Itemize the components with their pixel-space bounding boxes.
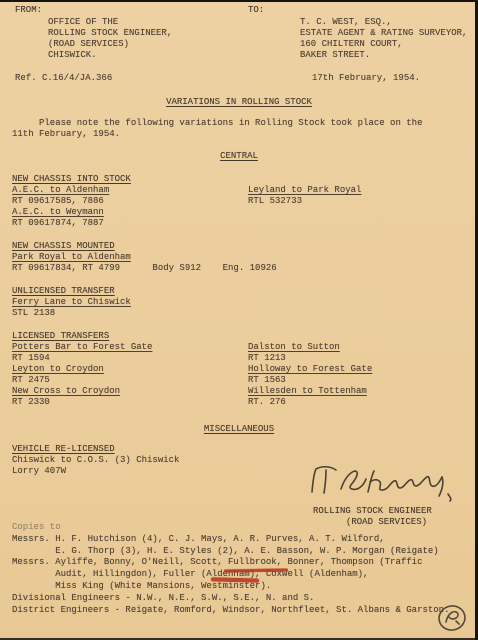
section-heading: NEW CHASSIS MOUNTED: [12, 241, 115, 251]
fleet-numbers: RTL 532733: [248, 196, 466, 207]
section-right-column: Dalston to Sutton RT 1213 Holloway to Fo…: [248, 342, 466, 408]
fleet-numbers: RT 09617874, 7887: [12, 218, 248, 229]
from-address: OFFICE OF THE ROLLING STOCK ENGINEER, (R…: [48, 17, 172, 61]
relicensed-detail: Chiswick to C.O.S. (3) Chiswick: [12, 455, 179, 466]
section-unlicensed-transfer: UNLICENSED TRANSFER Ferry Lane to Chiswi…: [12, 286, 131, 319]
route-entry: Leyton to Croydon: [12, 364, 104, 374]
copies-line: Miss King (White Mansions, Westminster).: [12, 581, 449, 593]
relicensed-detail: Lorry 407W: [12, 466, 179, 477]
intro-paragraph: Please note the following variations in …: [12, 118, 422, 140]
section-left-column: A.E.C. to Aldenham RT 09617585, 7886 A.E…: [12, 185, 248, 229]
section-licensed-transfers: LICENSED TRANSFERS Potters Bar to Forest…: [12, 331, 466, 408]
fleet-numbers: STL 2138: [12, 308, 131, 319]
section-heading: UNLICENSED TRANSFER: [12, 286, 115, 296]
route-entry: Leyland to Park Royal: [248, 185, 361, 195]
route-entry: Park Royal to Aldenham: [12, 252, 131, 262]
pencil-circle-icon: [433, 600, 471, 636]
section-new-chassis-mounted: NEW CHASSIS MOUNTED Park Royal to Aldenh…: [12, 241, 277, 274]
from-address-line: ROLLING STOCK ENGINEER,: [48, 28, 172, 39]
intro-line: Please note the following variations in …: [12, 118, 422, 129]
section-heading: LICENSED TRANSFERS: [12, 331, 109, 341]
to-address-line: T. C. WEST, ESQ.,: [300, 17, 467, 28]
to-address: T. C. WEST, ESQ., ESTATE AGENT & RATING …: [300, 17, 467, 61]
route-entry: A.E.C. to Aldenham: [12, 185, 109, 195]
copies-line: Messrs. H. F. Hutchison (4), C. J. Mays,…: [12, 534, 449, 546]
route-entry: Dalston to Sutton: [248, 342, 340, 352]
fleet-numbers: RT 2475: [12, 375, 248, 386]
fleet-numbers: RT. 276: [248, 397, 466, 408]
fleet-numbers: RT 2330: [12, 397, 248, 408]
from-label: FROM:: [15, 5, 42, 16]
copies-line: Messrs. Ayliffe, Bonny, O'Neill, Scott, …: [12, 557, 449, 569]
signatory-role: ROLLING STOCK ENGINEER: [313, 506, 460, 517]
copies-label: Copies to: [12, 522, 449, 534]
page-number-mark: [433, 600, 471, 636]
from-address-line: OFFICE OF THE: [48, 17, 172, 28]
fleet-numbers: RT 1213: [248, 353, 466, 364]
fleet-numbers: RT 1594: [12, 353, 248, 364]
section-new-chassis-into-stock: NEW CHASSIS INTO STOCK A.E.C. to Aldenha…: [12, 174, 466, 229]
region-heading-row: CENTRAL: [0, 151, 478, 162]
route-entry: New Cross to Croydon: [12, 386, 120, 396]
to-address-line: ESTATE AGENT & RATING SURVEYOR,: [300, 28, 467, 39]
miscellaneous-heading: MISCELLANEOUS: [204, 424, 274, 434]
route-entry: Willesden to Tottenham: [248, 386, 367, 396]
section-right-column: Leyland to Park Royal RTL 532733: [248, 185, 466, 229]
from-address-line: CHISWICK.: [48, 50, 172, 61]
route-entry: A.E.C. to Weymann: [12, 207, 104, 217]
route-entry: Ferry Lane to Chiswick: [12, 297, 131, 307]
section-heading: VEHICLE RE-LICENSED: [12, 444, 115, 454]
to-label: TO:: [248, 5, 264, 16]
letter-date: 17th February, 1954.: [312, 73, 420, 84]
document-title-row: VARIATIONS IN ROLLING STOCK: [0, 97, 478, 108]
scan-edge-top: [0, 0, 478, 2]
route-entry: Holloway to Forest Gate: [248, 364, 372, 374]
copies-line: E. G. Thorp (3), H. E. Styles (2), A. E.…: [12, 546, 449, 558]
document-title: VARIATIONS IN ROLLING STOCK: [166, 97, 312, 107]
copies-line: Divisional Engineers - N.W., N.E., S.W.,…: [12, 593, 449, 605]
signature: ROLLING STOCK ENGINEER (ROAD SERVICES): [305, 462, 460, 528]
fleet-numbers: RT 09617585, 7886: [12, 196, 248, 207]
scanned-memo-page: FROM: OFFICE OF THE ROLLING STOCK ENGINE…: [0, 0, 478, 640]
from-address-line: (ROAD SERVICES): [48, 39, 172, 50]
copies-line: District Engineers - Reigate, Romford, W…: [12, 605, 449, 617]
intro-line: 11th February, 1954.: [12, 129, 422, 140]
section-heading: NEW CHASSIS INTO STOCK: [12, 174, 131, 184]
signature-ink: [305, 462, 460, 504]
fleet-numbers: RT 1563: [248, 375, 466, 386]
region-heading: CENTRAL: [220, 151, 258, 161]
route-entry: Potters Bar to Forest Gate: [12, 342, 152, 352]
reference-number: Ref. C.16/4/JA.366: [15, 73, 112, 84]
to-address-line: 160 CHILTERN COURT,: [300, 39, 467, 50]
section-vehicle-relicensed: VEHICLE RE-LICENSED Chiswick to C.O.S. (…: [12, 444, 179, 477]
miscellaneous-heading-row: MISCELLANEOUS: [0, 424, 478, 435]
to-address-line: BAKER STREET.: [300, 50, 467, 61]
fleet-numbers: RT 09617834, RT 4799 Body S912 Eng. 1092…: [12, 263, 277, 274]
section-left-column: Potters Bar to Forest Gate RT 1594 Leyto…: [12, 342, 248, 408]
